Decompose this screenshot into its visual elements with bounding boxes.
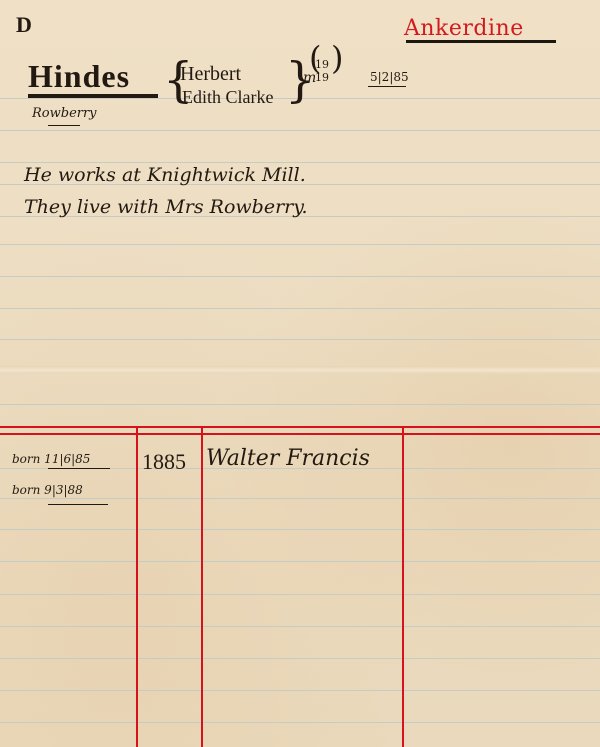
marriage-date: 5|2|85 — [370, 70, 409, 84]
baptism-year: 1885 — [142, 449, 186, 475]
surname: Hindes — [28, 58, 130, 95]
rule-line — [0, 594, 600, 595]
table-column-divider — [402, 427, 404, 747]
rule-line — [0, 658, 600, 659]
rule-line — [0, 561, 600, 562]
birth-entry: born 11|6|85 — [12, 452, 90, 466]
husband-name: Herbert — [180, 63, 241, 86]
parish-underline — [406, 40, 556, 43]
paren-open: ( — [309, 52, 321, 65]
surname-underline — [28, 94, 158, 98]
table-top-rule — [0, 426, 600, 428]
rule-line — [0, 529, 600, 530]
relation-note: Rowberry — [32, 106, 97, 121]
rule-line — [0, 276, 600, 277]
table-column-divider — [201, 427, 203, 747]
rule-line — [0, 690, 600, 691]
rule-line — [0, 626, 600, 627]
birth-date-underline — [48, 468, 110, 469]
parish-name: Ankerdine — [404, 16, 524, 41]
rule-line — [0, 162, 600, 163]
table-header-rule — [0, 433, 600, 435]
paren-close: ) — [331, 52, 343, 65]
note-line: They live with Mrs Rowberry. — [24, 196, 308, 218]
rule-line — [0, 308, 600, 309]
child-name: Walter Francis — [206, 446, 370, 471]
rule-line — [0, 130, 600, 131]
rule-line — [0, 339, 600, 340]
rule-line — [0, 722, 600, 723]
rule-line — [0, 498, 600, 499]
register-page: D Ankerdine Hindes { Herbert Edith Clark… — [0, 0, 600, 747]
rule-line — [0, 404, 600, 405]
rule-line — [0, 244, 600, 245]
marriage-ages: ( 19 19 ) — [315, 58, 329, 84]
marriage-date-underline — [368, 86, 406, 87]
table-column-divider — [136, 427, 138, 747]
relation-underline — [48, 125, 80, 126]
index-letter: D — [16, 12, 32, 38]
birth-entry: born 9|3|88 — [12, 483, 83, 497]
wife-name: Edith Clarke — [182, 87, 273, 108]
paper-fold — [0, 366, 600, 374]
note-line: He works at Knightwick Mill. — [24, 164, 306, 186]
birth-date-underline — [48, 504, 108, 505]
